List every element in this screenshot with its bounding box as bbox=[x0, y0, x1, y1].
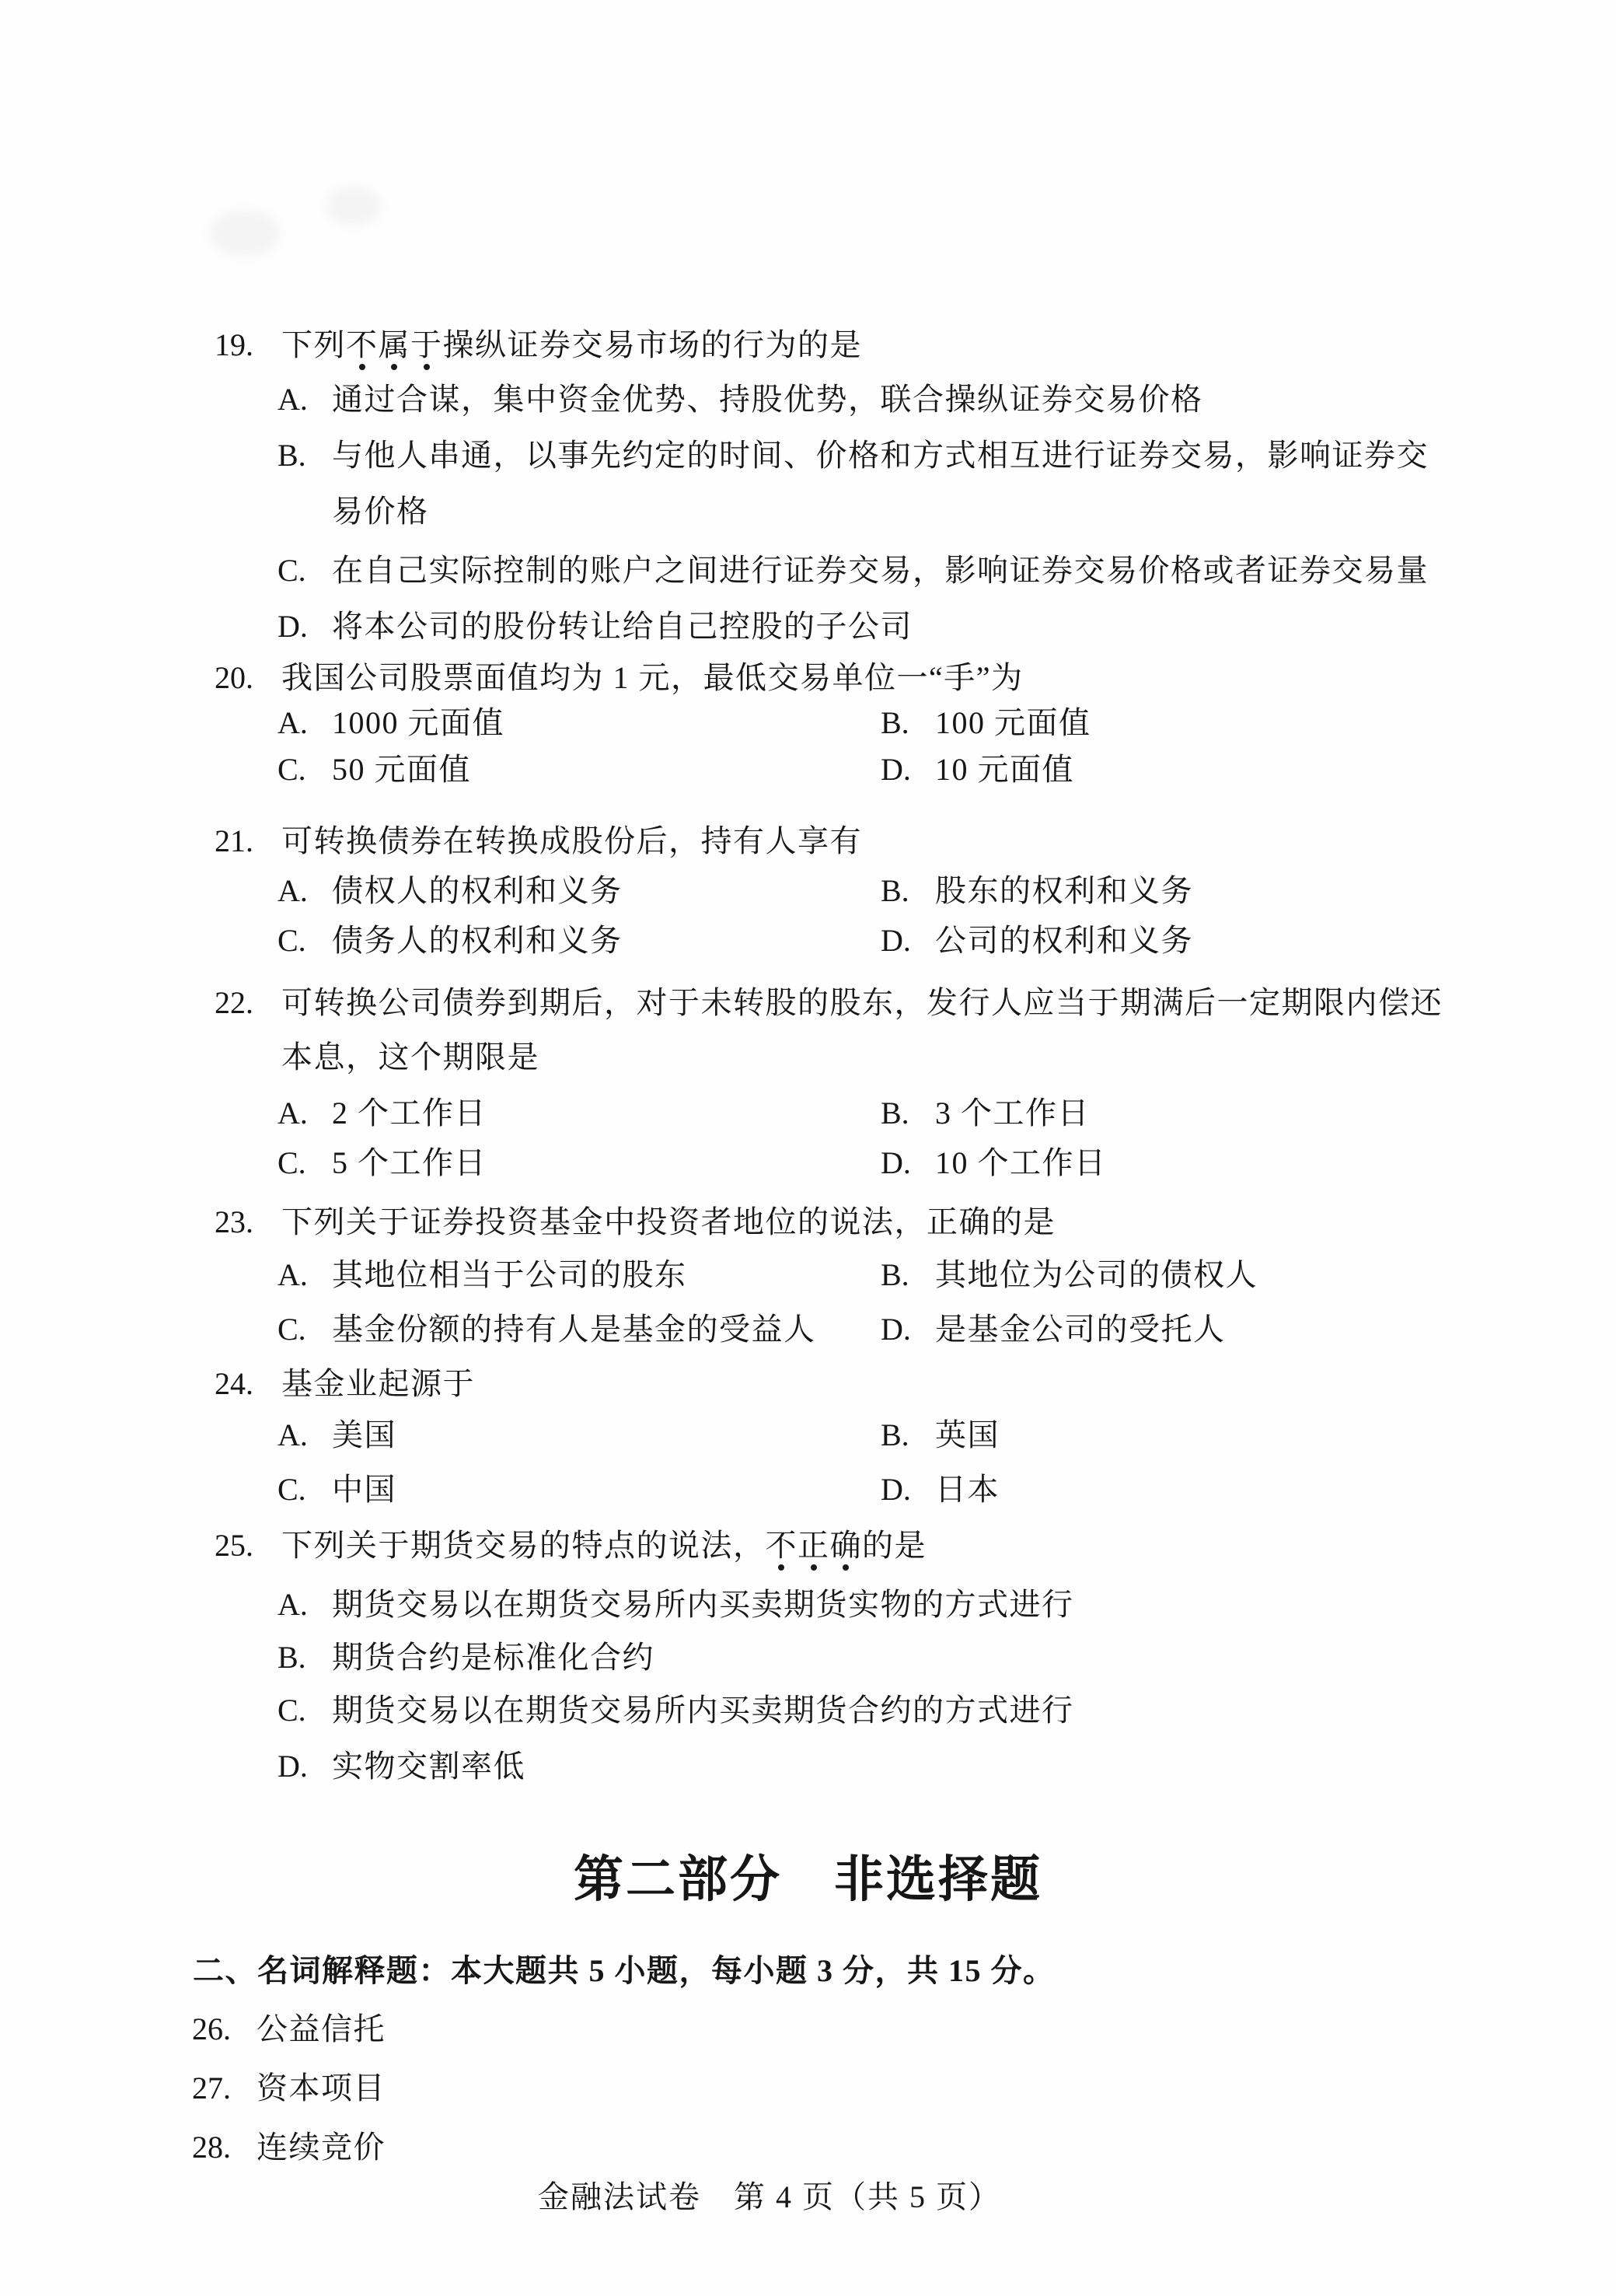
scan-smudge bbox=[326, 187, 381, 225]
option-label: C. bbox=[277, 552, 332, 589]
option-label: D. bbox=[881, 922, 935, 959]
question-line: 25.下列关于期货交易的特点的说法，不正确的是 bbox=[215, 1527, 927, 1564]
option-row: A.其地位相当于公司的股东B.其地位为公司的债权人 bbox=[277, 1256, 1258, 1294]
option-label: B. bbox=[277, 1639, 332, 1676]
option-text: 10 元面值 bbox=[935, 752, 1074, 787]
question-stem: 下列 bbox=[281, 327, 346, 362]
question-stem: 下列关于证券投资基金中投资者地位的说法，正确的是 bbox=[281, 1204, 1056, 1239]
option-label: C. bbox=[277, 1145, 332, 1182]
question-stem: 操纵证券交易市场的行为的是 bbox=[443, 327, 863, 362]
option-text: 中国 bbox=[332, 1472, 396, 1507]
option-column-left: C.5 个工作日 bbox=[277, 1145, 881, 1182]
option-text: 债务人的权利和义务 bbox=[332, 923, 623, 958]
option-label: C. bbox=[277, 1692, 332, 1729]
option-column-left: A.其地位相当于公司的股东 bbox=[277, 1256, 881, 1294]
scan-smudge bbox=[210, 210, 280, 257]
emphasized-char: 于 bbox=[410, 327, 443, 364]
option-label: A. bbox=[277, 1256, 332, 1294]
option-text: 2 个工作日 bbox=[332, 1096, 487, 1131]
emphasized-text: 不正确 bbox=[766, 1528, 863, 1563]
option-column-left: C.基金份额的持有人是基金的受益人 bbox=[277, 1311, 881, 1348]
option-row: A.2 个工作日B.3 个工作日 bbox=[277, 1095, 1090, 1132]
question-number: 25. bbox=[215, 1527, 281, 1564]
section-two-intro: 二、名词解释题：本大题共 5 小题，每小题 3 分，共 15 分。 bbox=[193, 1952, 1056, 1990]
option-label: D. bbox=[277, 1748, 332, 1785]
option-label: C. bbox=[277, 922, 332, 959]
option-text: 英国 bbox=[935, 1417, 1000, 1452]
short-question-line: 26.公益信托 bbox=[192, 2011, 386, 2048]
question-number: 23. bbox=[215, 1204, 281, 1241]
option-label: B. bbox=[881, 704, 935, 742]
question-line: 24.基金业起源于 bbox=[215, 1365, 475, 1403]
page-footer: 金融法试卷 第 4 页（共 5 页） bbox=[0, 2179, 1539, 2216]
question-stem: 的是 bbox=[862, 1528, 927, 1563]
option-line: D.实物交割率低 bbox=[277, 1748, 525, 1785]
option-text: 公司的权利和义务 bbox=[935, 923, 1193, 958]
option-text: 其地位相当于公司的股东 bbox=[332, 1257, 687, 1292]
option-text: 日本 bbox=[935, 1472, 1000, 1507]
option-text: 期货交易以在期货交易所内买卖期货合约的方式进行 bbox=[332, 1693, 1074, 1728]
question-number: 21. bbox=[215, 823, 281, 860]
option-line: A.通过合谋，集中资金优势、持股优势，联合操纵证券交易价格 bbox=[277, 381, 1203, 418]
question-number: 19. bbox=[215, 327, 281, 364]
option-label: C. bbox=[277, 751, 332, 788]
emphasized-char: 确 bbox=[830, 1527, 863, 1564]
option-column-left: A.2 个工作日 bbox=[277, 1095, 881, 1132]
question-stem: 本息，这个期限是 bbox=[281, 1040, 539, 1075]
option-row: A.美国B.英国 bbox=[277, 1417, 1000, 1454]
question-line: 22.可转换公司债券到期后，对于未转股的股东，发行人应当于期满后一定期限内偿还 bbox=[215, 984, 1443, 1022]
question-line-continued: 本息，这个期限是 bbox=[281, 1039, 539, 1076]
option-line: A.期货交易以在期货交易所内买卖期货实物的方式进行 bbox=[277, 1586, 1074, 1623]
option-row: C.债务人的权利和义务D.公司的权利和义务 bbox=[277, 922, 1193, 959]
question-number: 26. bbox=[192, 2011, 257, 2048]
option-row: A.债权人的权利和义务B.股东的权利和义务 bbox=[277, 872, 1193, 910]
option-text: 将本公司的股份转让给自己控股的子公司 bbox=[332, 609, 913, 644]
option-label: D. bbox=[881, 1471, 935, 1508]
short-question-line: 28.连续竞价 bbox=[192, 2129, 386, 2166]
option-text: 在自己实际控制的账户之间进行证券交易，影响证券交易价格或者证券交易量 bbox=[332, 553, 1429, 588]
option-line: D.将本公司的股份转让给自己控股的子公司 bbox=[277, 608, 913, 645]
option-text: 易价格 bbox=[332, 494, 429, 529]
question-line: 19.下列不属于操纵证券交易市场的行为的是 bbox=[215, 327, 862, 364]
option-text: 与他人串通，以事先约定的时间、价格和方式相互进行证券交易，影响证券交 bbox=[332, 438, 1429, 473]
emphasized-char: 不 bbox=[766, 1527, 798, 1564]
question-number: 27. bbox=[192, 2070, 257, 2107]
option-line-continued: 易价格 bbox=[332, 493, 429, 530]
option-text: 期货合约是标准化合约 bbox=[332, 1640, 654, 1675]
option-row: A.1000 元面值B.100 元面值 bbox=[277, 704, 1091, 742]
option-label: A. bbox=[277, 381, 332, 418]
question-number: 28. bbox=[192, 2129, 257, 2166]
question-stem: 下列关于期货交易的特点的说法， bbox=[281, 1528, 766, 1563]
option-label: A. bbox=[277, 1586, 332, 1623]
question-text: 连续竞价 bbox=[257, 2130, 386, 2165]
option-column-left: C.50 元面值 bbox=[277, 751, 881, 788]
option-row: C.基金份额的持有人是基金的受益人D.是基金公司的受托人 bbox=[277, 1311, 1226, 1348]
option-label: B. bbox=[881, 1256, 935, 1294]
option-line: B.与他人串通，以事先约定的时间、价格和方式相互进行证券交易，影响证券交 bbox=[277, 437, 1429, 474]
option-label: D. bbox=[881, 1311, 935, 1348]
option-text: 美国 bbox=[332, 1417, 396, 1452]
question-text: 公益信托 bbox=[257, 2011, 386, 2046]
option-column-left: C.中国 bbox=[277, 1471, 881, 1508]
option-label: D. bbox=[881, 751, 935, 788]
option-label: A. bbox=[277, 1095, 332, 1132]
option-label: B. bbox=[881, 1417, 935, 1454]
option-text: 基金份额的持有人是基金的受益人 bbox=[332, 1312, 816, 1347]
option-text: 10 个工作日 bbox=[935, 1145, 1107, 1180]
option-text: 100 元面值 bbox=[935, 705, 1091, 740]
emphasized-char: 正 bbox=[798, 1527, 830, 1564]
option-text: 债权人的权利和义务 bbox=[332, 873, 623, 908]
option-text: 实物交割率低 bbox=[332, 1749, 525, 1784]
option-column-left: A.债权人的权利和义务 bbox=[277, 872, 881, 910]
option-column-left: C.债务人的权利和义务 bbox=[277, 922, 881, 959]
option-text: 3 个工作日 bbox=[935, 1096, 1090, 1131]
option-label: B. bbox=[881, 1095, 935, 1132]
option-column-left: A.美国 bbox=[277, 1417, 881, 1454]
option-text: 期货交易以在期货交易所内买卖期货实物的方式进行 bbox=[332, 1587, 1074, 1622]
option-row: C.中国D.日本 bbox=[277, 1471, 1000, 1508]
option-column-left: A.1000 元面值 bbox=[277, 704, 881, 742]
emphasized-text: 不属于 bbox=[346, 327, 443, 362]
option-label: A. bbox=[277, 1417, 332, 1454]
section-header: 第二部分 非选择题 bbox=[0, 1850, 1616, 1910]
question-stem: 基金业起源于 bbox=[281, 1366, 475, 1401]
option-label: D. bbox=[277, 608, 332, 645]
option-text: 股东的权利和义务 bbox=[935, 873, 1193, 908]
option-text: 50 元面值 bbox=[332, 752, 471, 787]
option-row: C.50 元面值D.10 元面值 bbox=[277, 751, 1074, 788]
emphasized-char: 不 bbox=[346, 327, 379, 364]
option-label: A. bbox=[277, 872, 332, 910]
option-label: C. bbox=[277, 1311, 332, 1348]
question-number: 24. bbox=[215, 1365, 281, 1403]
question-stem: 可转换债券在转换成股份后，持有人享有 bbox=[281, 823, 862, 858]
question-text: 资本项目 bbox=[257, 2071, 386, 2106]
option-label: A. bbox=[277, 704, 332, 742]
option-line: C.期货交易以在期货交易所内买卖期货合约的方式进行 bbox=[277, 1692, 1074, 1729]
option-label: B. bbox=[277, 437, 332, 474]
option-line: C.在自己实际控制的账户之间进行证券交易，影响证券交易价格或者证券交易量 bbox=[277, 552, 1429, 589]
exam-page: 19.下列不属于操纵证券交易市场的行为的是A.通过合谋，集中资金优势、持股优势，… bbox=[0, 0, 1616, 2296]
question-line: 21.可转换债券在转换成股份后，持有人享有 bbox=[215, 823, 862, 860]
option-text: 通过合谋，集中资金优势、持股优势，联合操纵证券交易价格 bbox=[332, 382, 1203, 417]
question-number: 20. bbox=[215, 659, 281, 697]
option-text: 其地位为公司的债权人 bbox=[935, 1257, 1258, 1292]
option-label: B. bbox=[881, 872, 935, 910]
option-label: C. bbox=[277, 1471, 332, 1508]
option-text: 5 个工作日 bbox=[332, 1145, 487, 1180]
question-line: 23.下列关于证券投资基金中投资者地位的说法，正确的是 bbox=[215, 1204, 1056, 1241]
option-label: D. bbox=[881, 1145, 935, 1182]
question-number: 22. bbox=[215, 984, 281, 1022]
option-row: C.5 个工作日D.10 个工作日 bbox=[277, 1145, 1107, 1182]
question-stem: 我国公司股票面值均为 1 元，最低交易单位一“手”为 bbox=[281, 660, 1024, 695]
question-line: 20.我国公司股票面值均为 1 元，最低交易单位一“手”为 bbox=[215, 659, 1024, 697]
option-text: 是基金公司的受托人 bbox=[935, 1312, 1226, 1347]
question-stem: 可转换公司债券到期后，对于未转股的股东，发行人应当于期满后一定期限内偿还 bbox=[281, 985, 1443, 1020]
option-line: B.期货合约是标准化合约 bbox=[277, 1639, 654, 1676]
short-question-line: 27.资本项目 bbox=[192, 2070, 386, 2107]
option-text: 1000 元面值 bbox=[332, 705, 504, 740]
emphasized-char: 属 bbox=[379, 327, 411, 364]
